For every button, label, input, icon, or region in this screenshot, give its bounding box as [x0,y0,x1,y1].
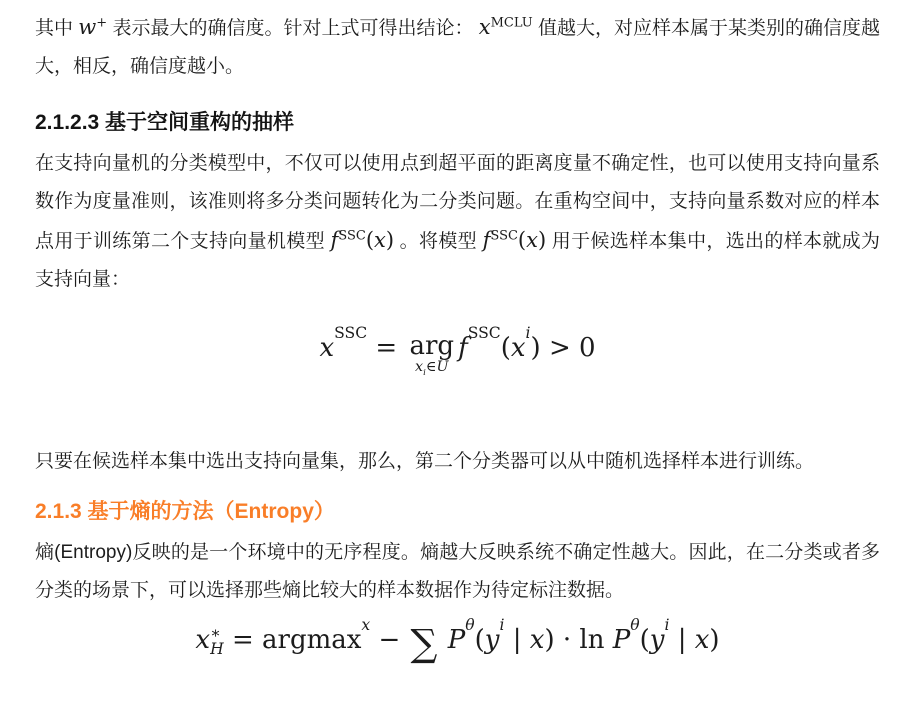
math-segment: P [613,625,631,655]
math-segment: ( [518,228,526,252]
document-page: { "page": { "background": "#ffffff", "bo… [0,0,916,701]
math-segment: − [370,625,408,655]
math-segment [439,625,447,655]
math-segment: x [479,15,491,39]
math-segment: 其中 [35,18,78,39]
paragraph-mclu-conclusion: 其中 w+ 表示最大的确信度。针对上式可得出结论： xMCLU 值越大，对应样本… [35,8,880,86]
math-segment: 。将模型 [394,231,483,252]
math-segment: f [458,333,468,363]
math-segment: ∗H [210,625,224,658]
math-segment: x [511,333,526,363]
math-segment: ) [538,228,546,252]
math-segment: x [530,625,545,655]
math-segment: ( [640,625,650,655]
math-segment: H [210,641,224,657]
math-segment: | [504,625,529,655]
math-segment: = [367,333,405,363]
math-segment: w [78,15,96,39]
section-heading-spatial-reconstruction: 2.1.2.3 基于空间重构的抽样 [35,109,880,137]
math-segment: x [415,359,423,375]
math-segment: SSC [490,229,518,244]
sum-symbol: ∑ [409,625,440,663]
math-segment: ( [501,333,511,363]
math-segment: ( [475,625,485,655]
math-segment: ) [386,228,394,252]
section-heading-entropy: 2.1.3 基于熵的方法（Entropy） [35,498,880,526]
math-segment: x [319,333,334,363]
math-segment: ) > 0 [531,333,596,363]
math-segment: y [485,625,500,655]
math-segment: | [669,625,694,655]
math-segment: x [195,625,210,655]
math-segment: xi∈U [415,360,448,376]
paragraph-support-vector-training: 只要在候选样本集中选出支持向量集，那么，第二个分类器可以从中随机选择样本进行训练… [35,443,880,481]
paragraph-entropy-description: 熵(Entropy)反映的是一个环境中的无序程度。熵越大反映系统不确定性越大。因… [35,534,880,610]
math-segment: ( [366,228,374,252]
math-segment: x [526,228,538,252]
math-segment: ∈ [426,359,437,375]
math-segment: y [650,625,665,655]
math-segment: x [374,228,386,252]
math-segment: SSC [338,229,366,244]
math-segment: ) · ln [544,625,612,655]
article-body: 其中 w+ 表示最大的确信度。针对上式可得出结论： xMCLU 值越大，对应样本… [0,8,916,663]
math-segment: P [448,625,466,655]
math-segment: U [436,359,448,375]
math-segment: ∗ [210,625,221,641]
formula-ssc: xSSC = argxi∈UfSSC(xi) > 0 [35,333,880,391]
math-segment: + [96,16,107,31]
math-segment: argxi∈U [409,333,454,376]
math-segment: = argmax [224,625,362,655]
paragraph-svm-reconstruction: 在支持向量机的分类模型中，不仅可以使用点到超平面的距离度量不确定性，也可以使用支… [35,145,880,299]
math-segment: MCLU [491,16,533,31]
math-segment: ) [709,625,719,655]
math-segment: x [695,625,710,655]
math-segment: 表示最大的确信度。针对上式可得出结论： [107,18,479,39]
math-segment: arg [409,333,454,360]
formula-entropy-argmax: x∗H = argmaxx − ∑ Pθ(yi | x) · ln Pθ(yi … [35,625,880,663]
